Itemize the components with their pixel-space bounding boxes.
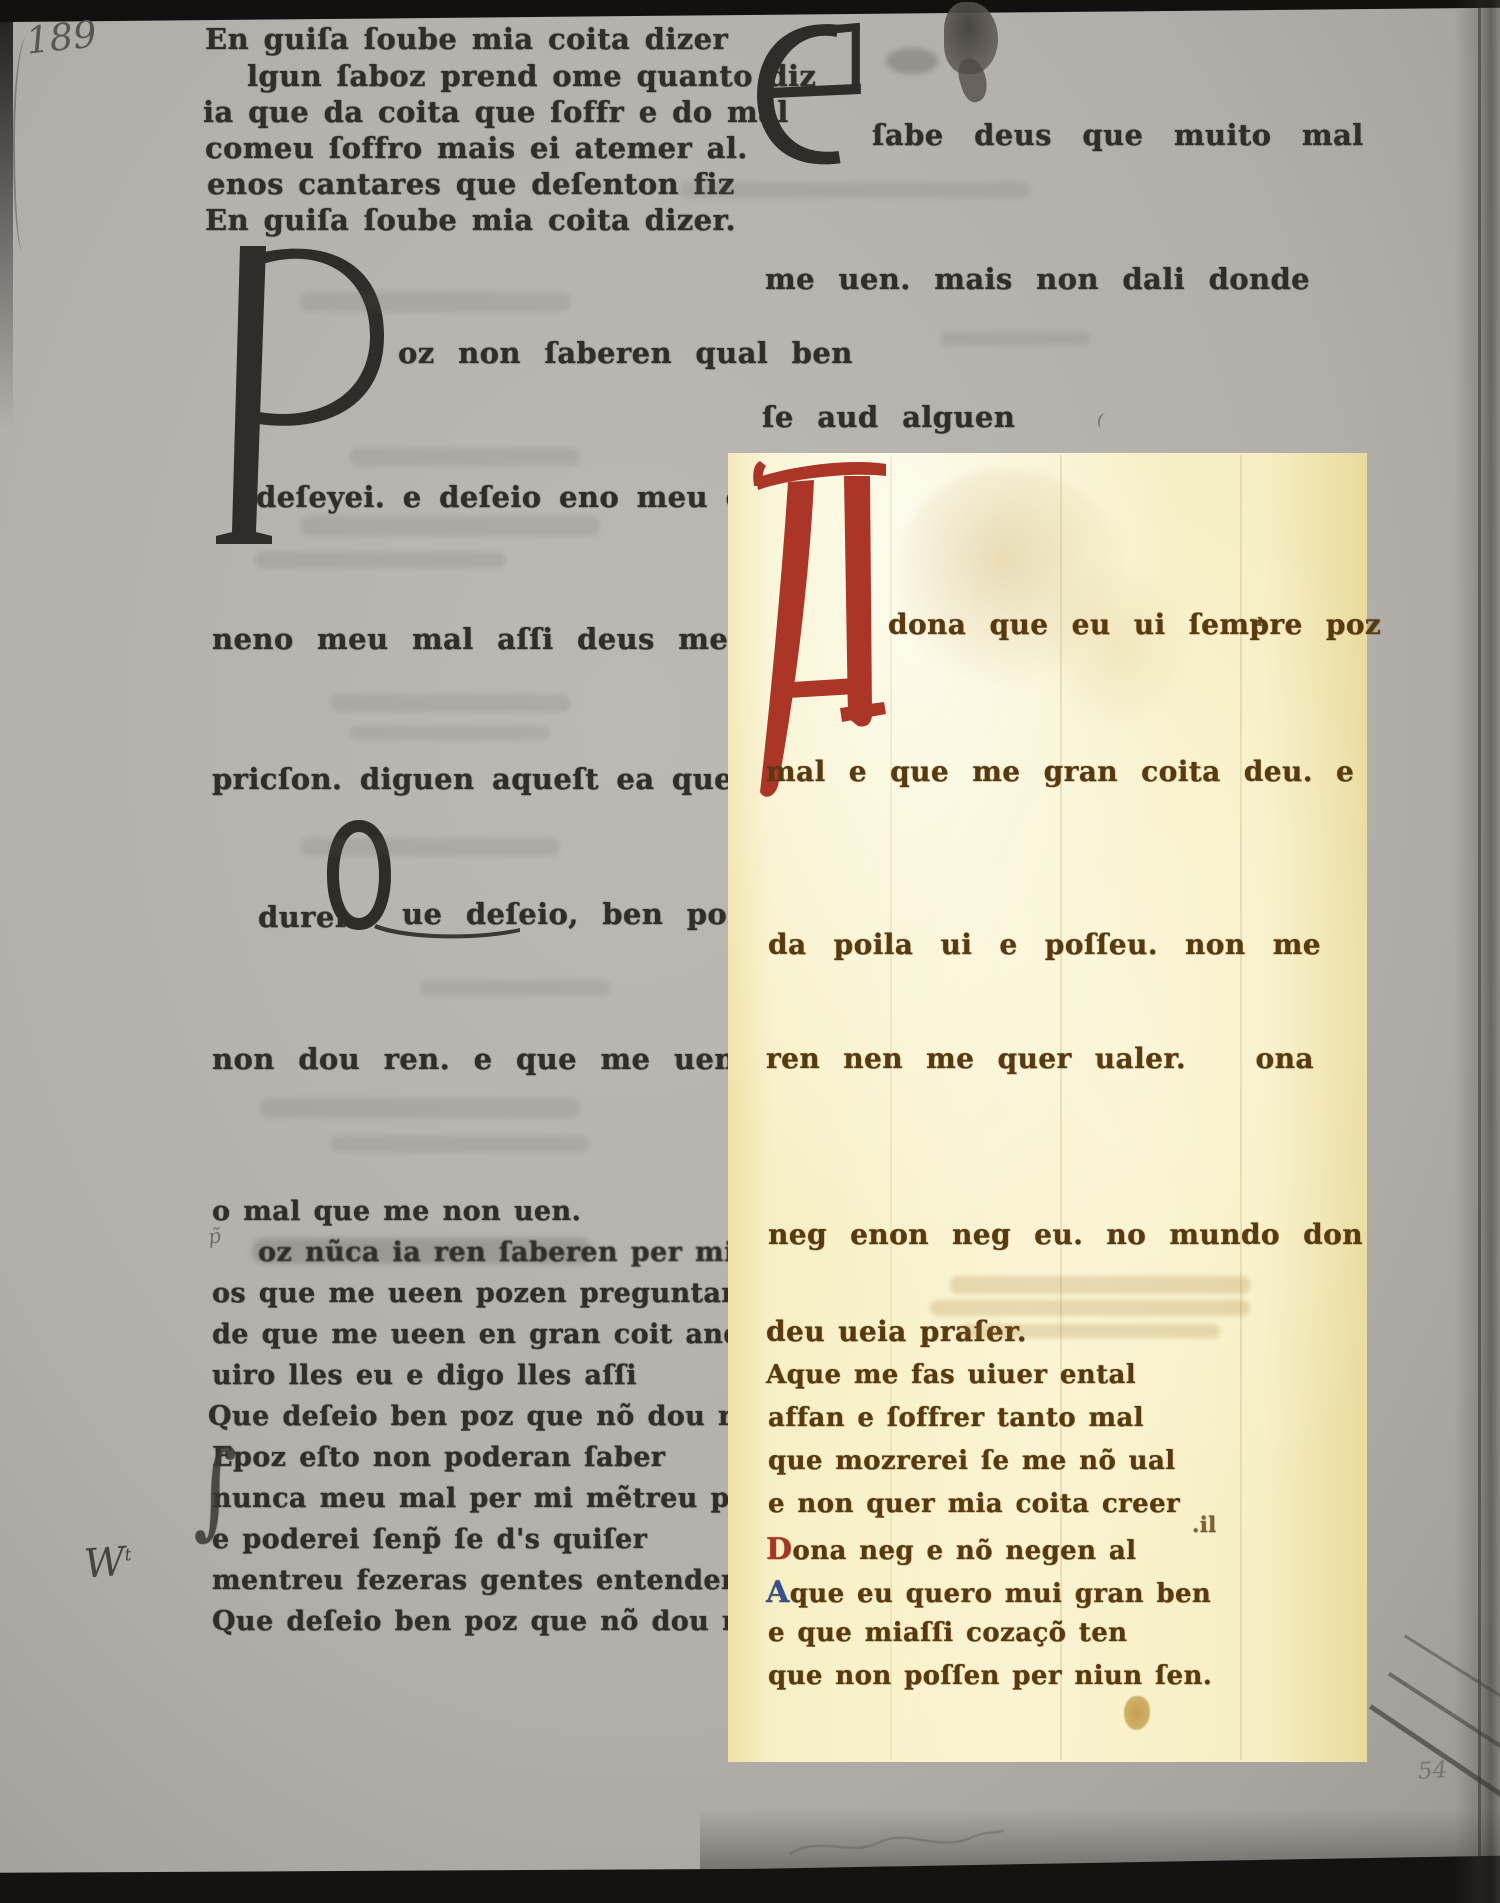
bleed-streak	[960, 1324, 1220, 1338]
left-page-edge-line	[13, 36, 37, 251]
w-glyph: W	[82, 1539, 126, 1588]
red-initial-d: D	[766, 1532, 792, 1567]
right-line: ſe aud alguen	[762, 400, 1015, 434]
bleed-streak	[330, 1136, 590, 1152]
blue-initial-a: A	[766, 1575, 790, 1610]
inset-line: neg enon neg eu. no mundo don	[768, 1218, 1363, 1251]
inset-tick-mark: -ı	[1249, 609, 1265, 630]
bleed-streak	[950, 1276, 1250, 1294]
bleed-streak	[300, 516, 600, 536]
left-line: oz nũca ia ren ſaberen per mi.	[258, 1237, 744, 1268]
left-line: enos cantares que deſenton fiz	[207, 167, 735, 201]
right-line: ſabe deus que muito mal	[872, 118, 1364, 152]
left-line: de que me ueen en gran coit andar	[212, 1319, 775, 1350]
left-line: oz non ſaberen qual ben	[398, 336, 853, 370]
initial-a-red	[752, 456, 892, 801]
inset-line-text: ona neg e nõ negen al	[792, 1536, 1136, 1566]
inset-line: que non poſſen per niun ſen.	[768, 1661, 1212, 1691]
margin-flourish: ∫	[193, 1428, 237, 1550]
inset-line: Dona neg e nõ negen al	[766, 1532, 1136, 1567]
left-line: o mal que me non uen.	[212, 1196, 581, 1227]
bleed-streak	[300, 292, 570, 312]
left-line: mentreu fezeras gentes entender	[212, 1565, 736, 1596]
inset-line: e non quer mia coita creer	[768, 1489, 1180, 1519]
small-mark	[1096, 412, 1112, 431]
bleed-streak	[330, 694, 570, 712]
left-line: os que me ueen pozen preguntar	[212, 1278, 736, 1309]
page-number: 189	[24, 12, 99, 62]
inset-line: Aque eu quero mui gran ben	[766, 1575, 1211, 1610]
left-line: neno meu mal aſſi deus me	[212, 622, 728, 656]
left-line: En guiſa ſoube mia coita dizer	[205, 22, 728, 56]
right-line: me uen. mais non dali donde	[765, 262, 1310, 296]
left-line: En guiſa ſoube mia coita dizer.	[205, 203, 736, 237]
inset-line: dona que eu ui ſempre poz	[888, 608, 1381, 641]
inset-line: ren nen me quer ualer. ona	[766, 1042, 1314, 1075]
left-line: comeu ſoffro mais ei atemer al.	[205, 131, 748, 165]
corner-number: 54	[1417, 1757, 1448, 1785]
inset-line: da poila ui e poſſeu. non me	[768, 928, 1321, 961]
inset-line: que mozrerei ſe me nõ ual	[768, 1446, 1176, 1476]
parchment-stain	[1040, 560, 1190, 730]
inset-line: mal e que me gran coita deu. e	[766, 755, 1354, 788]
left-line: pricſon. diguen aqueſt ea queſto	[212, 762, 779, 796]
w-sup: t	[124, 1545, 132, 1565]
inset-line: Aque me fas uiuer ental	[766, 1360, 1136, 1390]
left-line: Que deſeio ben poz que nõ dou ren.	[208, 1401, 780, 1432]
bleed-streak	[940, 332, 1090, 346]
left-line: nunca meu mal per mi mẽtreu poder	[212, 1483, 800, 1514]
bleed-streak	[300, 838, 560, 856]
inset-line: affan e ſoffrer tanto mal	[768, 1403, 1144, 1433]
inset-line: e que miaſſi cozaçõ ten	[768, 1618, 1127, 1648]
manuscript-scan-page: 189 En guiſa ſoube mia coita dizer lgun …	[0, 0, 1500, 1903]
margin-mark-p: p̃	[206, 1223, 222, 1249]
margin-mark-w: Wt	[82, 1538, 133, 1587]
pencil-scribble	[790, 1822, 1005, 1867]
left-line: Epoz eſto non poderan ſaber	[212, 1442, 665, 1473]
crease-line	[1240, 455, 1242, 1760]
right-page-edge	[1454, 0, 1500, 1903]
right-edge-line	[1478, 0, 1481, 1903]
left-line: non dou ren. e que me uen	[212, 1042, 736, 1076]
ink-smudge	[886, 48, 938, 74]
left-line: uiro lles eu e digo lles aſſi	[212, 1360, 637, 1391]
bleed-streak	[420, 980, 610, 996]
inset-line-text: que eu quero mui gran ben	[790, 1579, 1212, 1609]
left-scan-border	[0, 0, 13, 430]
bleed-streak	[680, 182, 1030, 198]
inset-margin-mark-il: .il	[1192, 1512, 1216, 1537]
initial-e	[753, 20, 867, 170]
bleed-streak	[350, 448, 580, 466]
left-line: lgun ſaboz prend ome quanto diz	[247, 59, 816, 93]
bleed-streak	[930, 1300, 1250, 1316]
bleed-streak	[350, 726, 550, 740]
bleed-streak	[255, 552, 505, 568]
left-line: ia que da coita que ſoffr e do mal	[203, 95, 789, 129]
left-line: e poderei ſenp̃ ſe d's quiſer	[212, 1524, 647, 1555]
bleed-streak	[260, 1098, 580, 1118]
left-line: Que deſeio ben poz que nõ dou ren	[212, 1606, 774, 1637]
